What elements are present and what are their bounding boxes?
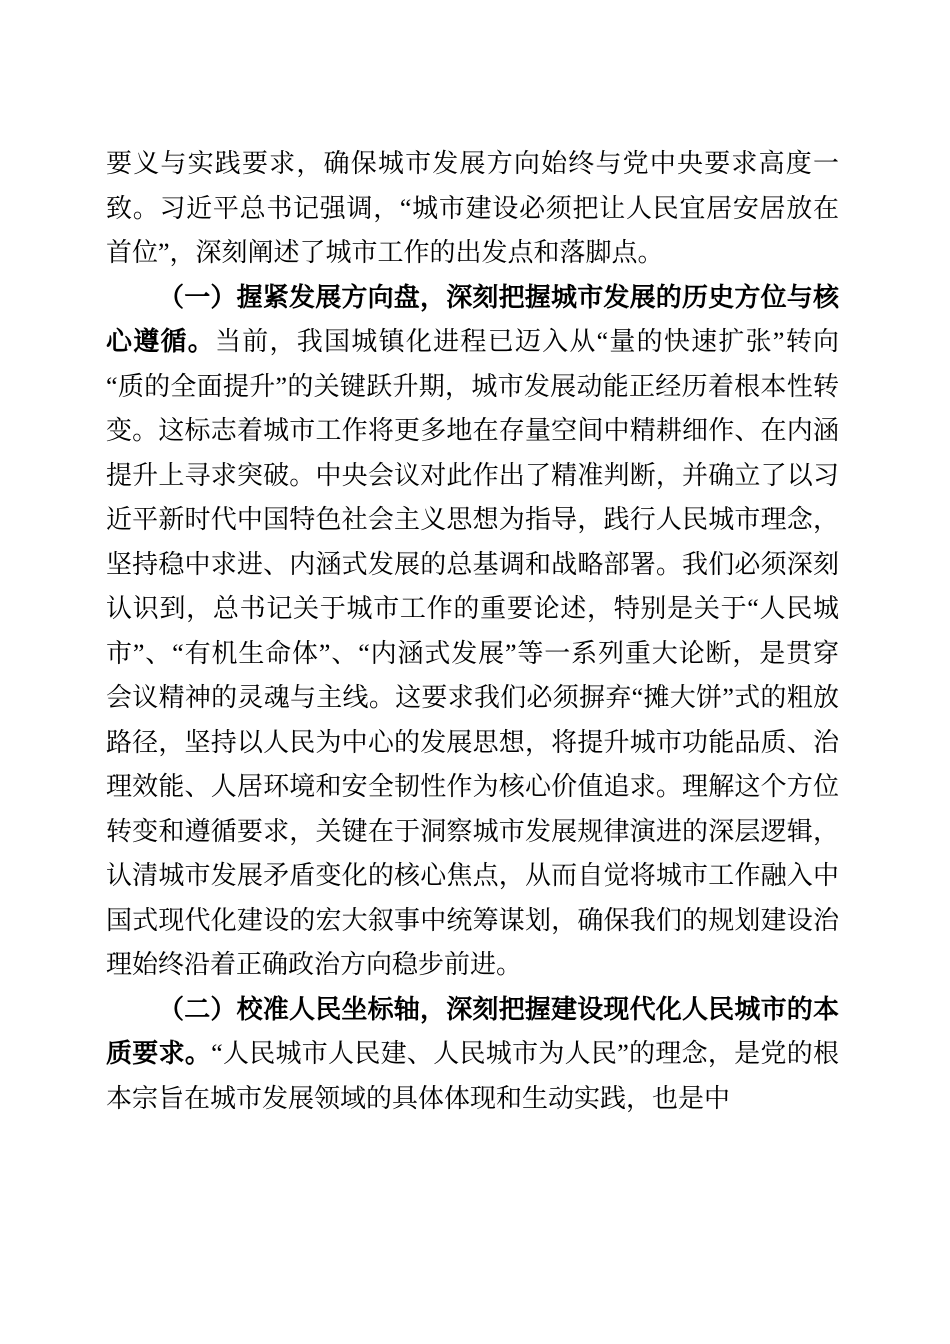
text-segment: “人民城市人民建、人民城市为人民”的理念，是党的根本宗旨在城市发展领域的具体体现… <box>106 1039 839 1113</box>
paragraph: 要义与实践要求，确保城市发展方向始终与党中央要求高度一致。习近平总书记强调，“城… <box>106 142 839 276</box>
text-segment: 要义与实践要求，确保城市发展方向始终与党中央要求高度一致。习近平总书记强调，“城… <box>106 149 839 267</box>
paragraph: （一）握紧发展方向盘，深刻把握城市发展的历史方位与核心遵循。当前，我国城镇化进程… <box>106 276 839 988</box>
document-page: 要义与实践要求，确保城市发展方向始终与党中央要求高度一致。习近平总书记强调，“城… <box>0 0 950 1344</box>
paragraph: （二）校准人民坐标轴，深刻把握建设现代化人民城市的本质要求。“人民城市人民建、人… <box>106 988 839 1122</box>
document-body: 要义与实践要求，确保城市发展方向始终与党中央要求高度一致。习近平总书记强调，“城… <box>106 142 839 1121</box>
text-segment: 当前，我国城镇化进程已迈入从“量的快速扩张”转向“质的全面提升”的关键跃升期，城… <box>106 327 839 979</box>
